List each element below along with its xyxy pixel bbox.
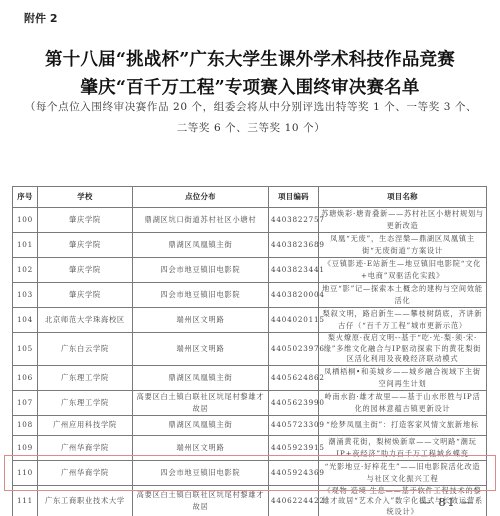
cell-school: 广东白云学院: [38, 333, 133, 366]
cell-school: 肇庆学院: [38, 233, 133, 258]
cell-no: 100: [13, 208, 38, 233]
cell-project-name: 地豆“影”记—探索本土概念的建构与空间效能活化: [319, 283, 487, 308]
document-title-line2: 肇庆“百千万工程”专项赛入围终审决赛名单: [0, 74, 500, 99]
cell-school: 广东理工学院: [38, 365, 133, 390]
cell-school: 广东理工学院: [38, 390, 133, 415]
cell-no: 107: [13, 390, 38, 415]
cell-location: 四会市地豆镇旧电影院: [133, 460, 269, 485]
table-row: 109 广州华商学院 端州区文明路 4405923915 潮涌黄花街，梨树焕新章…: [13, 435, 487, 460]
cell-code: 4403822757: [269, 208, 319, 233]
cell-location: 鼎湖区凤凰镇主街: [133, 365, 269, 390]
cell-project-name: 凤栖梧桐•和美城乡——城乡融合视域下主街空间再生计划: [319, 365, 487, 390]
cell-school: 广州应用科技学院: [38, 415, 133, 435]
cell-code: 4405023976: [269, 333, 319, 366]
cell-location: 高要区白土镇白联社区坑尾村黎雄才故居: [133, 485, 269, 516]
cell-no: 101: [13, 233, 38, 258]
cell-location: 端州区文明路: [133, 435, 269, 460]
cell-school: 北京师范大学珠海校区: [38, 308, 133, 333]
cell-project-name: 梨火燎原·夜启文明--基于“吃·光·梨·须·宋·缘”多维文化融合与IP驱动探索下…: [319, 333, 487, 366]
cell-code: 4405924369: [269, 460, 319, 485]
cell-no: 104: [13, 308, 38, 333]
header-school: 学校: [38, 187, 133, 208]
cell-school: 肇庆学院: [38, 208, 133, 233]
cell-school: 肇庆学院: [38, 283, 133, 308]
cell-no: 111: [13, 485, 38, 516]
cell-project-name: 苏瑭焕彩·塘青叠新——苏村社区小塘村规划与更新改造: [319, 208, 487, 233]
cell-no: 108: [13, 415, 38, 435]
cell-project-name: 凤凰“无废”，生态涅槃—鼎湖区凤凰镇主街“无废街道”方案设计: [319, 233, 487, 258]
cell-code: 4405923915: [269, 435, 319, 460]
cell-no: 109: [13, 435, 38, 460]
table-header-row: 序号 学校 点位分布 项目编码 项目名称: [13, 187, 487, 208]
cell-project-name: 《豆镇影迹·E站新生—地豆镇旧电影院“文化+电商”双驱活化实践》: [319, 258, 487, 283]
cell-code: 4405624862: [269, 365, 319, 390]
document-title-line1: 第十八届“挑战杯”广东大学生课外学术科技作品竞赛: [0, 46, 500, 71]
cell-code: 4403823441: [269, 258, 319, 283]
cell-code: 4404020115: [269, 308, 319, 333]
cell-no: 110: [13, 460, 38, 485]
table-row: 107 广东理工学院 高要区白土镇白联社区坑尾村黎雄才故居 4405623990…: [13, 390, 487, 415]
page-number: — 81 —: [420, 496, 475, 509]
table-row: 102 肇庆学院 四会市地豆镇旧电影院 4403823441 《豆镇影迹·E站新…: [13, 258, 487, 283]
table-row: 103 肇庆学院 四会市地豆镇旧电影院 4403820004 地豆“影”记—探索…: [13, 283, 487, 308]
document-subtitle: （每个点位入围终审决赛作品 20 个，组委会将从中分别评选出特等奖 1 个、一等…: [20, 97, 482, 139]
cell-school: 广州华商学院: [38, 435, 133, 460]
cell-project-name: “光影地豆·好梓花生”——旧电影院活化改造与社区文化振兴工程: [319, 460, 487, 485]
cell-project-name: “绘梦凤凰主街”：打造客家风情文旅新地标: [319, 415, 487, 435]
header-location: 点位分布: [133, 187, 269, 208]
header-project-name: 项目名称: [319, 187, 487, 208]
cell-code: 4405723309: [269, 415, 319, 435]
cell-project-name: 梨叙文明，路启新生——攀枝树荫底，齐讲新古仔（“百千万工程”城市更新示范）: [319, 308, 487, 333]
cell-school: 广州华商学院: [38, 460, 133, 485]
cell-project-name: 潮涌黄花街，梨树焕新章——文明路“潮玩IP+夜经济”助力百千万工程城乡蝶变: [319, 435, 487, 460]
cell-location: 鼎湖区坑口街道苏村社区小塘村: [133, 208, 269, 233]
cell-location: 高要区白土镇白联社区坑尾村黎雄才故居: [133, 390, 269, 415]
finalist-table: 序号 学校 点位分布 项目编码 项目名称 100 肇庆学院 鼎湖区坑口街道苏村社…: [12, 186, 487, 516]
cell-school: 广东工商职业技术大学: [38, 485, 133, 516]
cell-location: 四会市地豆镇旧电影院: [133, 258, 269, 283]
table-row: 108 广州应用科技学院 鼎湖区凤凰镇主街 4405723309 “绘梦凤凰主街…: [13, 415, 487, 435]
cell-code: 4406224422: [269, 485, 319, 516]
cell-location: 端州区文明路: [133, 308, 269, 333]
table-row-highlighted: 111 广东工商职业技术大学 高要区白土镇白联社区坑尾村黎雄才故居 440622…: [13, 485, 487, 516]
cell-code: 4403820004: [269, 283, 319, 308]
cell-location: 鼎湖区凤凰镇主街: [133, 415, 269, 435]
table-row: 101 肇庆学院 鼎湖区凤凰镇主街 4403823689 凤凰“无废”，生态涅槃…: [13, 233, 487, 258]
cell-code: 4405623990: [269, 390, 319, 415]
cell-no: 106: [13, 365, 38, 390]
cell-no: 105: [13, 333, 38, 366]
cell-no: 103: [13, 283, 38, 308]
table-row: 104 北京师范大学珠海校区 端州区文明路 4404020115 梨叙文明，路启…: [13, 308, 487, 333]
cell-location: 鼎湖区凤凰镇主街: [133, 233, 269, 258]
attachment-label: 附件 2: [24, 10, 57, 26]
table-row: 100 肇庆学院 鼎湖区坑口街道苏村社区小塘村 4403822757 苏瑭焕彩·…: [13, 208, 487, 233]
cell-location: 四会市地豆镇旧电影院: [133, 283, 269, 308]
table-row: 105 广东白云学院 端州区文明路 4405023976 梨火燎原·夜启文明--…: [13, 333, 487, 366]
cell-school: 肇庆学院: [38, 258, 133, 283]
cell-code: 4403823689: [269, 233, 319, 258]
cell-project-name: 岭南水韵·雄才故里——基于山水形胜与IP活化的园林意蕴古镇更新设计: [319, 390, 487, 415]
table-row: 106 广东理工学院 鼎湖区凤凰镇主街 4405624862 凤栖梧桐•和美城乡…: [13, 365, 487, 390]
cell-no: 102: [13, 258, 38, 283]
table-row: 110 广州华商学院 四会市地豆镇旧电影院 4405924369 “光影地豆·好…: [13, 460, 487, 485]
header-no: 序号: [13, 187, 38, 208]
cell-location: 端州区文明路: [133, 333, 269, 366]
header-code: 项目编码: [269, 187, 319, 208]
